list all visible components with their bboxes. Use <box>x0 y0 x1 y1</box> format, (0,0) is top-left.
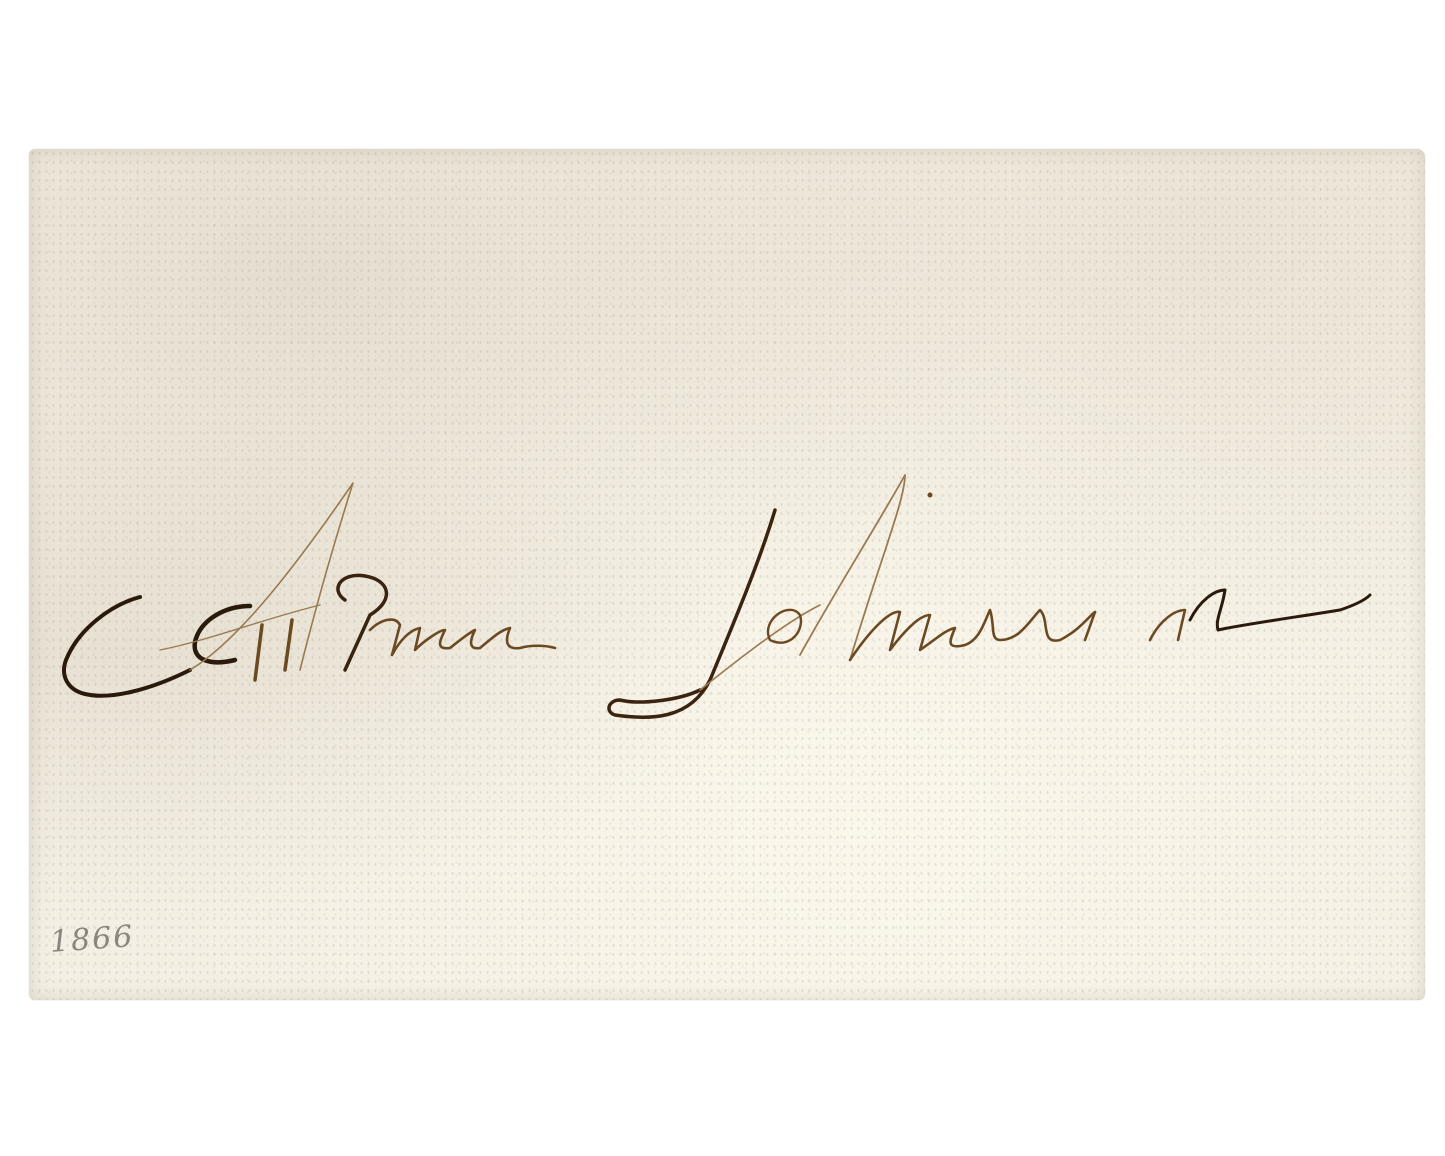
signature-text: Andrew Johnson <box>0 0 1 1</box>
pencil-date-annotation: 1866 <box>49 919 136 960</box>
signed-card <box>29 149 1425 1000</box>
